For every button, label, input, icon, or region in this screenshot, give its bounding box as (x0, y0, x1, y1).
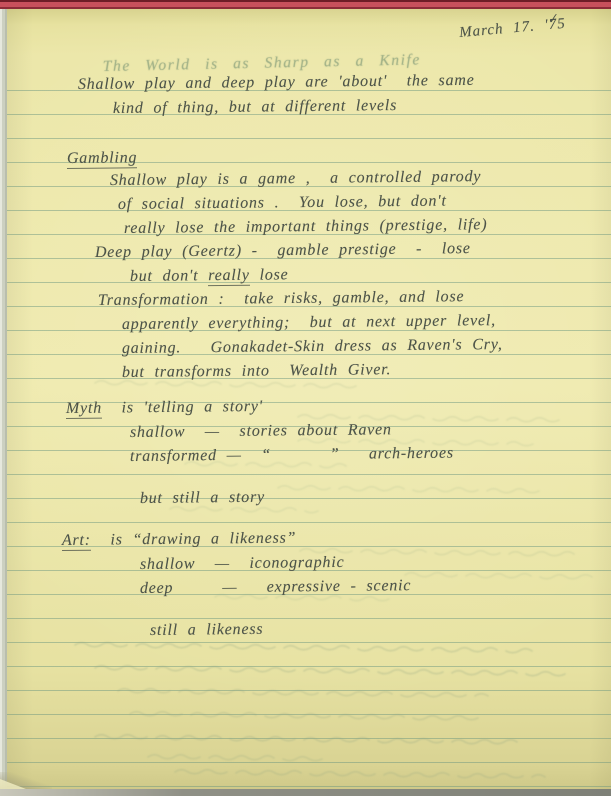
note-line: shallow — stories about Raven (130, 421, 392, 442)
section-heading-myth: Myth is 'telling a story' (66, 398, 263, 418)
underlined-word: really (208, 267, 250, 286)
note-line: but don't really lose (130, 266, 289, 286)
note-line: but still a story (140, 489, 265, 508)
note-line: really lose the important things (presti… (124, 216, 488, 238)
section-heading-art: Art: is “drawing a likeness” (62, 530, 297, 550)
heading-text: Art: (62, 532, 91, 551)
heading-text: Gambling (67, 149, 138, 169)
note-text: but don't (130, 267, 208, 285)
note-line: still a likeness (150, 621, 264, 640)
heading-text: Myth (66, 400, 102, 419)
note-line: transformed — “ ” arch-heroes (130, 445, 454, 466)
scan-bottom-edge (0, 789, 611, 796)
note-text: is 'telling a story' (102, 398, 263, 417)
note-line: but transforms into Wealth Giver. (122, 361, 392, 382)
section-heading-gambling: Gambling (67, 149, 138, 168)
note-text: is “drawing a likeness” (91, 530, 297, 549)
note-line: kind of thing, but at different levels (113, 97, 397, 118)
note-line: deep — expressive - scenic (140, 577, 412, 598)
note-line: of social situations . You lose, but don… (118, 193, 447, 214)
note-line: shallow — iconographic (140, 554, 345, 574)
note-text: lose (250, 266, 289, 283)
underlying-page-edge (0, 9, 7, 796)
scanned-notebook-page: The World is as Sharp as a Knife ✓ March… (0, 0, 611, 796)
note-line: Transformation : take risks, gamble, and… (98, 288, 465, 310)
page-corner-curl (0, 779, 26, 789)
notebook-red-binding (0, 0, 611, 9)
